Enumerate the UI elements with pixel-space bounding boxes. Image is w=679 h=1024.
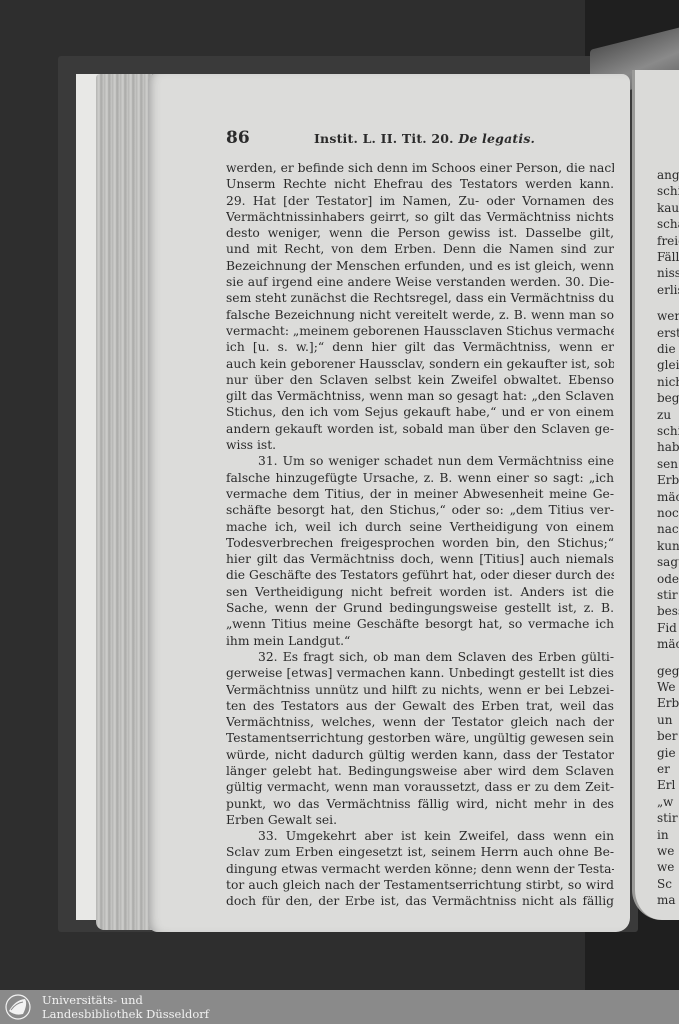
- right-page-fragment: gleic: [657, 358, 679, 372]
- right-page-fragment: in: [657, 828, 669, 842]
- text-line: ich [u. s. w.];“ denn hier gilt das Verm…: [226, 339, 614, 355]
- page-edges: [96, 74, 152, 930]
- text-line: länger gelebt hat. Bedingungsweise aber …: [226, 763, 614, 779]
- text-line: mache ich, weil ich durch seine Vertheid…: [226, 519, 614, 535]
- right-page-fragment: we: [657, 860, 674, 874]
- text-line: tor auch gleich nach der Testamentserric…: [226, 877, 614, 893]
- text-line: nur über den Sclaven selbst kein Zweifel…: [226, 372, 614, 388]
- text-line: auch kein geborener Haussclav, sondern e…: [226, 356, 614, 372]
- text-line: doch für den, der Erbe ist, das Vermächt…: [226, 893, 614, 909]
- text-line: Unserm Rechte nicht Ehefrau des Testator…: [226, 176, 614, 192]
- right-page-fragment: ode: [657, 572, 679, 586]
- right-page-fragment: habe: [657, 440, 679, 454]
- right-page-fragment: nich: [657, 375, 679, 389]
- text-line: dingung etwas vermacht werden könne; den…: [226, 861, 614, 877]
- right-page-fragment: we: [657, 844, 674, 858]
- text-line: gültig vermacht, wenn man voraussetzt, d…: [226, 779, 614, 795]
- text-line: Testamentserrichtung gestorben wäre, ung…: [226, 730, 614, 746]
- text-line: punkt, wo das Vermächtniss fällig wird, …: [226, 796, 614, 812]
- right-page-fragment: un: [657, 713, 672, 727]
- right-page-fragment: schie: [657, 184, 679, 198]
- text-line: falsche hinzugefügte Ursache, z. B. wenn…: [226, 470, 614, 486]
- text-line: Sclav zum Erben eingesetzt ist, seinem H…: [226, 844, 614, 860]
- text-line: die Geschäfte des Testators geführt hat,…: [226, 567, 614, 583]
- text-line: wiss ist.: [226, 437, 614, 453]
- text-line: 32. Es fragt sich, ob man dem Sclaven de…: [226, 649, 614, 665]
- right-page-fragment: scha: [657, 217, 679, 231]
- right-page-fragment: freig: [657, 234, 679, 248]
- running-head: Instit. L. II. Tit. 20. De legatis.: [314, 131, 535, 146]
- text-line: Stichus, den ich vom Sejus gekauft habe,…: [226, 404, 614, 420]
- text-line: vermache dem Titius, der in meiner Abwes…: [226, 486, 614, 502]
- text-line: sie auf irgend eine andere Weise verstan…: [226, 274, 614, 290]
- running-head-title: De legatis.: [458, 131, 535, 146]
- right-page-fragment: nisse: [657, 266, 679, 280]
- text-line: schäfte besorgt hat, den Stichus,“ oder …: [226, 502, 614, 518]
- right-page-fragment: zu: [657, 408, 671, 422]
- right-page-fragment: erst: [657, 326, 679, 340]
- right-page-fragment: Erb: [657, 696, 679, 710]
- right-page-fragment: ber: [657, 729, 678, 743]
- right-page-fragment: mäc: [657, 490, 679, 504]
- text-line: ihm mein Landgut.“: [226, 633, 614, 649]
- text-line: sen Vertheidigung nicht befreit worden i…: [226, 584, 614, 600]
- footer-line-1: Universitäts- und: [42, 993, 209, 1007]
- page-header: 86 Instit. L. II. Tit. 20. De legatis.: [226, 128, 616, 150]
- text-line: Todesverbrechen freigesprochen worden bi…: [226, 535, 614, 551]
- text-line: Sache, wenn der Grund bedingungsweise ge…: [226, 600, 614, 616]
- right-page-fragment: Erl: [657, 778, 675, 792]
- right-page-fragment: kun: [657, 539, 679, 553]
- text-line: würde, nicht dadurch gültig werden kann,…: [226, 747, 614, 763]
- right-page-fragment: er: [657, 762, 670, 776]
- text-line: „wenn Titius meine Geschäfte besorgt hat…: [226, 616, 614, 632]
- right-page-fragment: „w: [657, 795, 673, 809]
- right-page-fragment: erlis: [657, 283, 679, 297]
- text-line: 29. Hat [der Testator] im Namen, Zu- ode…: [226, 193, 614, 209]
- text-line: Erben Gewalt sei.: [226, 812, 614, 828]
- right-page-fragment: stir: [657, 811, 678, 825]
- right-page-fragment: geg: [657, 664, 679, 678]
- right-page-fragment: begr: [657, 391, 679, 405]
- right-page-fragment: angel: [657, 168, 679, 182]
- text-line: werden, er befinde sich denn im Schoos e…: [226, 160, 614, 176]
- right-page-fragment: bess: [657, 604, 679, 618]
- running-head-prefix: Instit. L. II. Tit. 20.: [314, 131, 454, 146]
- right-page-fragment: stir: [657, 588, 678, 602]
- right-page-fragment: sagt: [657, 555, 679, 569]
- text-line: gerweise [etwas] vermachen kann. Unbedin…: [226, 665, 614, 681]
- text-line: sem steht zunächst die Rechtsregel, dass…: [226, 290, 614, 306]
- book-logo-icon: [5, 994, 31, 1020]
- text-line: 33. Umgekehrt aber ist kein Zweifel, das…: [226, 828, 614, 844]
- right-page-fragment: Fid: [657, 621, 677, 635]
- right-page-fragment: sen: [657, 457, 678, 471]
- right-page-fragment: nach: [657, 522, 679, 536]
- right-page-fragment: We: [657, 680, 675, 694]
- right-page-fragment: noch: [657, 506, 679, 520]
- text-line: Vermächtniss, welches, wenn der Testator…: [226, 714, 614, 730]
- text-line: Vermächtniss unnütz und hilft zu nichts,…: [226, 682, 614, 698]
- text-line: gilt das Vermächtniss, wenn man so gesag…: [226, 388, 614, 404]
- body-text: werden, er befinde sich denn im Schoos e…: [226, 160, 614, 910]
- right-page-fragment: gie: [657, 746, 676, 760]
- text-line: hier gilt das Vermächtniss doch, wenn [T…: [226, 551, 614, 567]
- text-line: vermacht: „meinem geborenen Haussclaven …: [226, 323, 614, 339]
- right-page-fragment: schie: [657, 424, 679, 438]
- text-line: ten des Testators aus der Gewalt des Erb…: [226, 698, 614, 714]
- right-page-fragment: mäc: [657, 637, 679, 651]
- text-line: desto weniger, wenn die Person gewiss is…: [226, 225, 614, 241]
- right-page-fragment: Erb: [657, 473, 679, 487]
- right-page-fragment: die: [657, 342, 676, 356]
- text-line: und mit Recht, von dem Erben. Denn die N…: [226, 241, 614, 257]
- right-page-fragment: Fälle: [657, 250, 679, 264]
- page-number: 86: [226, 128, 250, 148]
- footer-line-2: Landesbibliothek Düsseldorf: [42, 1007, 209, 1021]
- text-line: falsche Bezeichnung nicht vereitelt werd…: [226, 307, 614, 323]
- footer-institution: Universitäts- und Landesbibliothek Düsse…: [42, 993, 209, 1021]
- right-page-fragment: kaum: [657, 201, 679, 215]
- right-page: angelschiekaumschafreigFällenisseerliswe…: [632, 70, 679, 920]
- text-line: andern gekauft worden ist, sobald man üb…: [226, 421, 614, 437]
- right-page-fragment: ma: [657, 893, 676, 907]
- text-line: Bezeichnung der Menschen erfunden, und e…: [226, 258, 614, 274]
- text-line: Vermächtnissinhabers geirrt, so gilt das…: [226, 209, 614, 225]
- text-line: 31. Um so weniger schadet nun dem Vermäc…: [226, 453, 614, 469]
- right-page-fragment: werd: [657, 309, 679, 323]
- right-page-fragment: Sc: [657, 877, 672, 891]
